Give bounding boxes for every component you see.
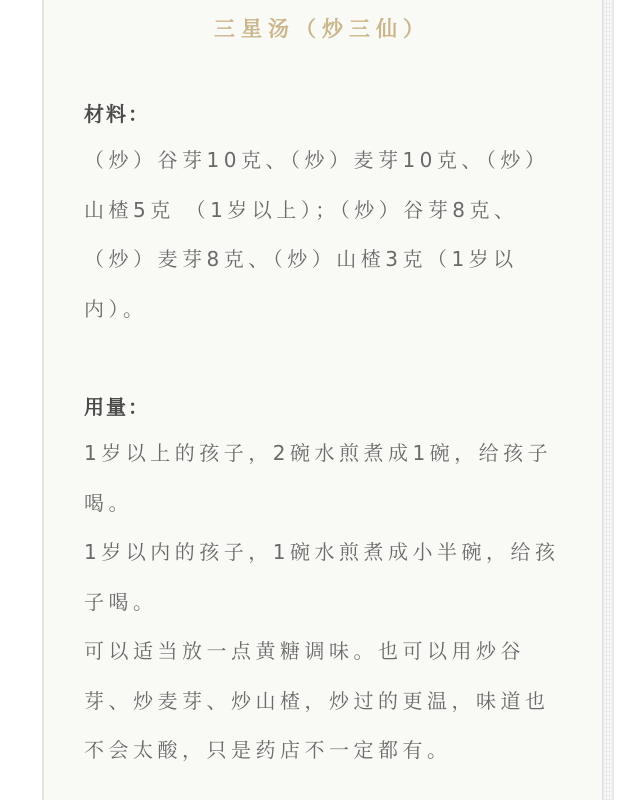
section-heading-materials: 材料： [84,96,564,132]
dosage-paragraph-under-1: 1岁以内的孩子，1碗水煎煮成小半碗，给孩子喝。 [84,528,564,627]
section-dosage: 用量： 1岁以上的孩子，2碗水煎煮成1碗，给孩子喝。 1岁以内的孩子，1碗水煎煮… [84,389,564,776]
article-body: 材料： （炒）谷芽10克、（炒）麦芽10克、（炒）山楂5克 （1岁以上）；（炒）… [84,96,564,776]
dosage-paragraph-over-1: 1岁以上的孩子，2碗水煎煮成1碗，给孩子喝。 [84,429,564,528]
article-title: 三星汤（炒三仙） [42,12,602,46]
materials-paragraph: （炒）谷芽10克、（炒）麦芽10克、（炒）山楂5克 （1岁以上）；（炒）谷芽8克… [84,136,564,334]
dosage-paragraph-tips: 可以适当放一点黄糖调味。也可以用炒谷芽、炒麦芽、炒山楂，炒过的更温，味道也不会太… [84,627,564,776]
scrollbar-track[interactable] [602,0,614,800]
section-materials: 材料： （炒）谷芽10克、（炒）麦芽10克、（炒）山楂5克 （1岁以上）；（炒）… [84,96,564,334]
section-heading-dosage: 用量： [84,389,564,425]
section-spacer [84,334,564,389]
